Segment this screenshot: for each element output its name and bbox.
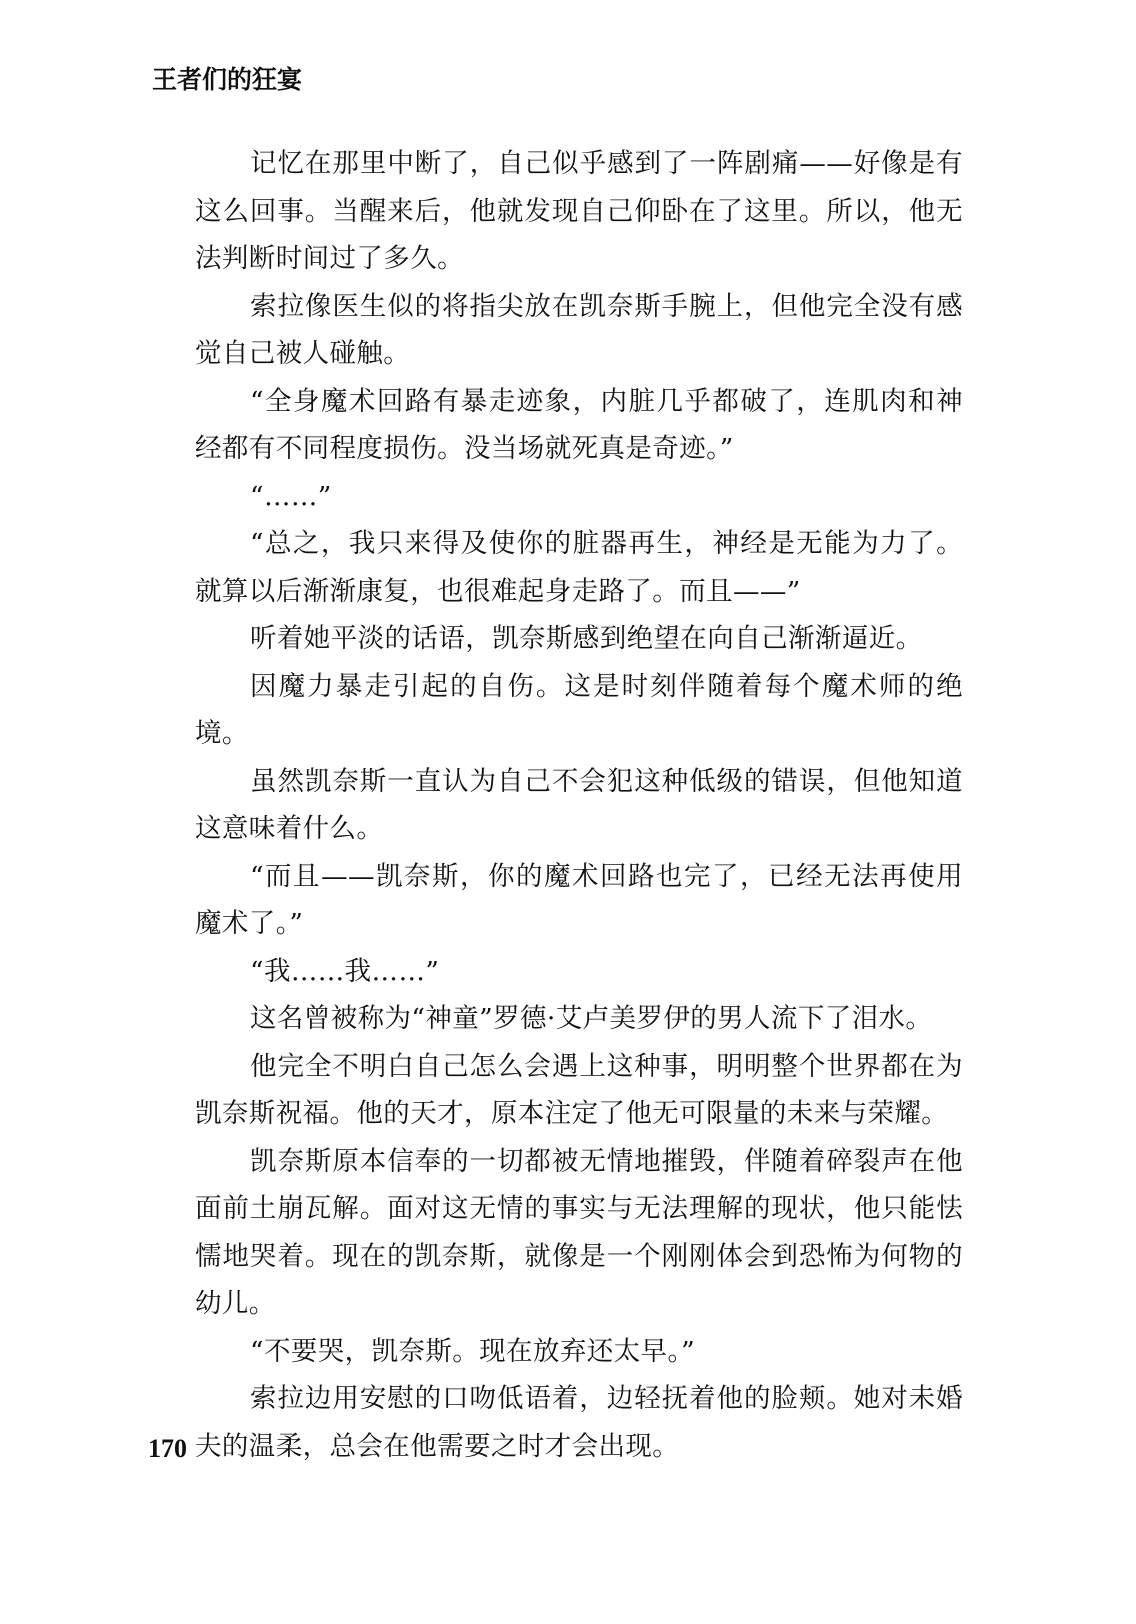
running-head-title: 王者们的狂宴	[152, 60, 302, 96]
paragraph: 凯奈斯原本信奉的一切都被无情地摧毁，伴随着碎裂声在他面前土崩瓦解。面对这无情的事…	[195, 1138, 963, 1328]
paragraph: “……”	[195, 473, 963, 521]
paragraph: 这名曾被称为“神童”罗德·艾卢美罗伊的男人流下了泪水。	[195, 995, 963, 1043]
page-number: 170	[148, 1434, 187, 1464]
paragraph: “总之，我只来得及使你的脏器再生，神经是无能为力了。就算以后渐渐康复，也很难起身…	[195, 520, 963, 615]
paragraph: 因魔力暴走引起的自伤。这是时刻伴随着每个魔术师的绝境。	[195, 663, 963, 758]
paragraph: 听着她平淡的话语，凯奈斯感到绝望在向自己渐渐逼近。	[195, 615, 963, 663]
body-text: 记忆在那里中断了，自己似乎感到了一阵剧痛——好像是有这么回事。当醒来后，他就发现…	[195, 140, 963, 1470]
paragraph: 索拉像医生似的将指尖放在凯奈斯手腕上，但他完全没有感觉自己被人碰触。	[195, 283, 963, 378]
paragraph: 虽然凯奈斯一直认为自己不会犯这种低级的错误，但他知道这意味着什么。	[195, 758, 963, 853]
paragraph: 索拉边用安慰的口吻低语着，边轻抚着他的脸颊。她对未婚夫的温柔，总会在他需要之时才…	[195, 1375, 963, 1470]
paragraph: “不要哭，凯奈斯。现在放弃还太早。”	[195, 1328, 963, 1376]
paragraph: “全身魔术回路有暴走迹象，内脏几乎都破了，连肌肉和神经都有不同程度损伤。没当场就…	[195, 378, 963, 473]
paragraph: “我……我……”	[195, 948, 963, 996]
paragraph: 记忆在那里中断了，自己似乎感到了一阵剧痛——好像是有这么回事。当醒来后，他就发现…	[195, 140, 963, 283]
paragraph: 他完全不明白自己怎么会遇上这种事，明明整个世界都在为凯奈斯祝福。他的天才，原本注…	[195, 1043, 963, 1138]
paragraph: “而且——凯奈斯，你的魔术回路也完了，已经无法再使用魔术了。”	[195, 853, 963, 948]
